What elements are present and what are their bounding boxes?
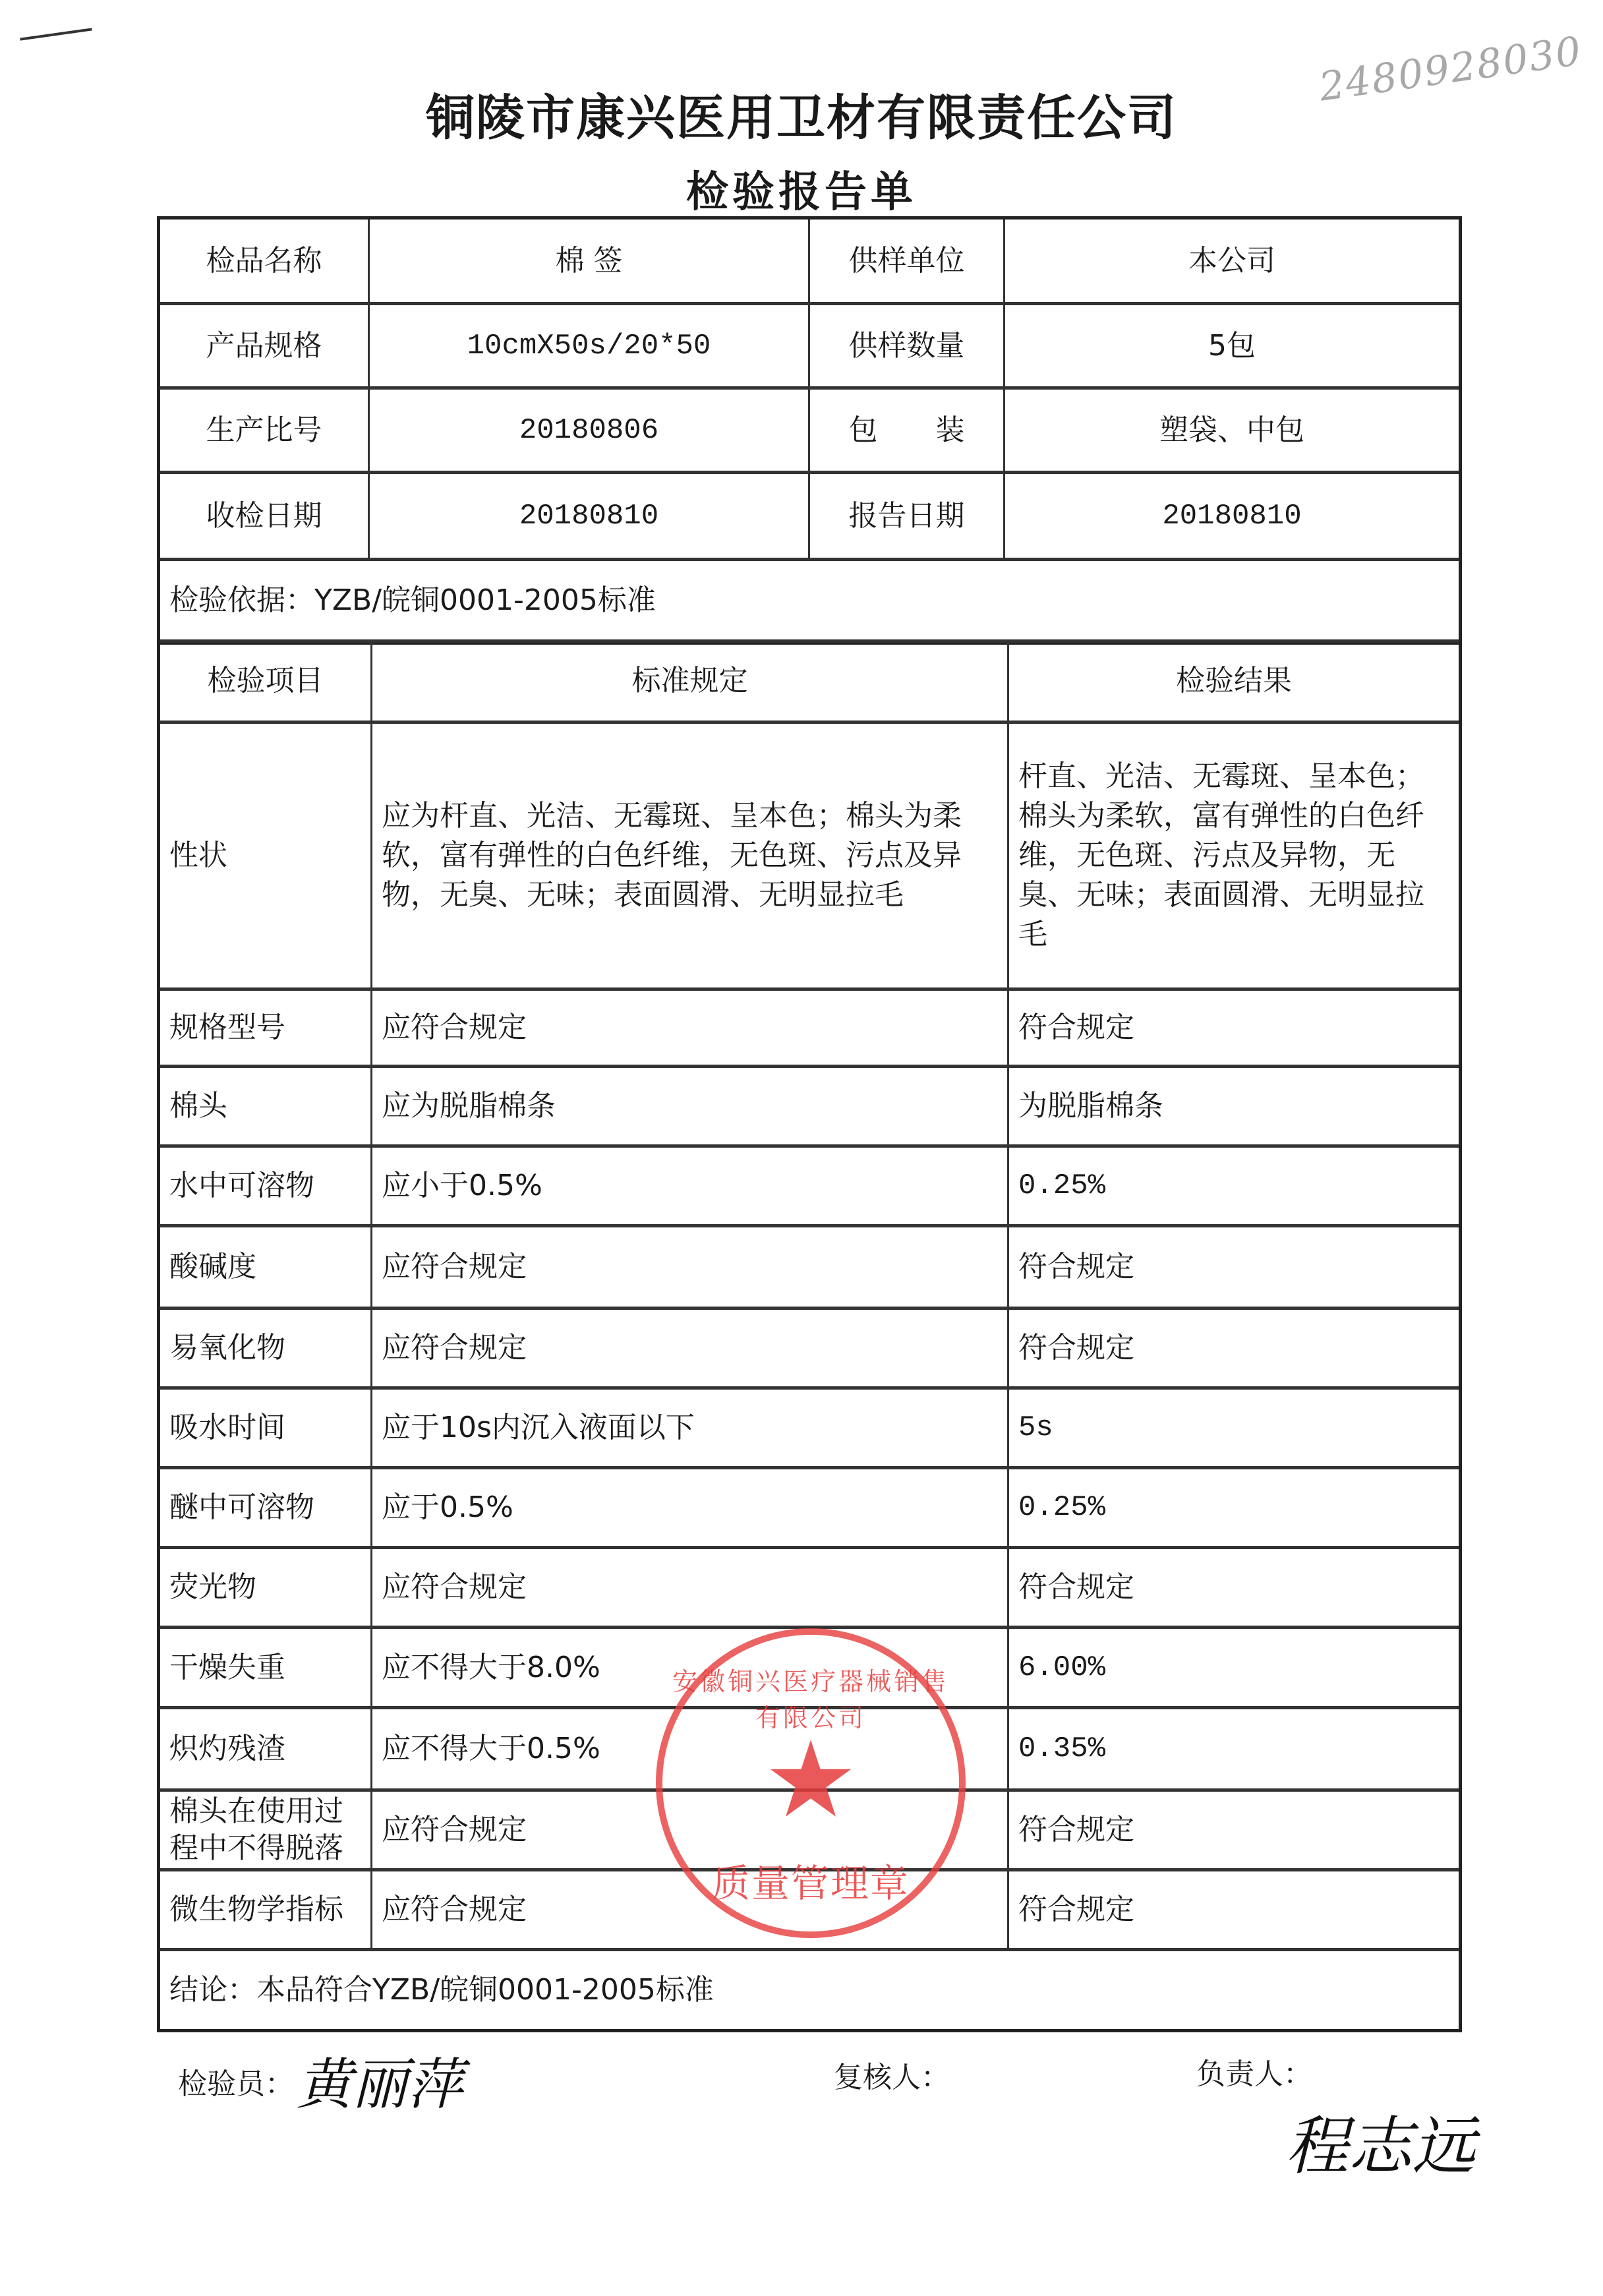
info-table: 检品名称 棉 签 供样单位 本公司 产品规格 10cmX50s/20*50 供样… <box>157 216 1462 645</box>
document-title: 检验报告单 <box>0 158 1603 219</box>
item-name: 荧光物 <box>160 1549 372 1629</box>
inspector-signature: 黄丽萍 <box>297 2040 463 2120</box>
item-standard: 应符合规定 <box>372 1227 1009 1310</box>
info-label: 检品名称 <box>160 220 370 305</box>
item-name: 水中可溶物 <box>160 1148 372 1227</box>
stamp-bottom-text: 质量管理章 <box>662 1852 959 1908</box>
info-value: 10cmX50s/20*50 <box>370 305 810 390</box>
info-value: 塑袋、中包 <box>1005 390 1459 474</box>
info-label: 供样数量 <box>810 305 1005 390</box>
reviewer-label: 复核人： <box>834 2053 950 2096</box>
responsible-label: 负责人： <box>1196 2050 1312 2092</box>
corner-mark <box>20 28 92 40</box>
item-name: 规格型号 <box>160 991 372 1068</box>
company-title: 铜陵市康兴医用卫材有限责任公司 <box>0 79 1603 149</box>
responsible-signature: 程志远 <box>1285 2096 1475 2187</box>
item-result: 0.35% <box>1009 1709 1459 1792</box>
item-standard: 应为杆直、光洁、无霉斑、呈本色；棉头为柔软，富有弹性的白色纤维，无色斑、污点及异… <box>372 724 1009 991</box>
item-result: 6.00% <box>1009 1629 1459 1709</box>
item-result: 符合规定 <box>1009 1549 1459 1629</box>
item-name: 吸水时间 <box>160 1390 372 1469</box>
info-value: 本公司 <box>1005 220 1459 305</box>
item-standard: 应符合规定 <box>372 991 1009 1068</box>
info-value: 棉 签 <box>370 220 810 305</box>
info-label: 包 装 <box>810 390 1005 474</box>
item-name: 易氧化物 <box>160 1310 372 1390</box>
star-icon: ★ <box>662 1727 959 1833</box>
item-result: 符合规定 <box>1009 1227 1459 1310</box>
item-standard: 应为脱脂棉条 <box>372 1068 1009 1148</box>
info-value: 5包 <box>1005 305 1459 390</box>
item-name: 酸碱度 <box>160 1227 372 1310</box>
item-result: 0.25% <box>1009 1469 1459 1549</box>
item-result: 为脱脂棉条 <box>1009 1068 1459 1148</box>
item-standard: 应符合规定 <box>372 1310 1009 1390</box>
info-value: 20180806 <box>370 390 810 474</box>
info-value: 20180810 <box>1005 474 1459 561</box>
info-label: 收检日期 <box>160 474 370 561</box>
item-standard: 应于10s内沉入液面以下 <box>372 1390 1009 1469</box>
column-header: 检验项目 <box>160 641 372 724</box>
item-standard: 应小于0.5% <box>372 1148 1009 1227</box>
inspection-basis: 检验依据：YZB/皖铜0001-2005标准 <box>160 561 1459 643</box>
column-header: 检验结果 <box>1009 641 1459 724</box>
info-label: 报告日期 <box>810 474 1005 561</box>
item-name: 微生物学指标 <box>160 1871 372 1951</box>
item-name: 棉头 <box>160 1068 372 1148</box>
item-name: 醚中可溶物 <box>160 1469 372 1549</box>
item-result: 符合规定 <box>1009 1792 1459 1871</box>
item-result: 符合规定 <box>1009 1871 1459 1951</box>
item-name: 性状 <box>160 724 372 991</box>
inspector-label: 检验员： <box>178 2060 294 2102</box>
item-standard: 应符合规定 <box>372 1549 1009 1629</box>
item-name: 棉头在使用过程中不得脱落 <box>160 1792 372 1871</box>
info-label: 生产比号 <box>160 390 370 474</box>
item-result: 5s <box>1009 1390 1459 1469</box>
item-name: 炽灼残渣 <box>160 1709 372 1792</box>
info-label: 供样单位 <box>810 220 1005 305</box>
conclusion: 结论：本品符合YZB/皖铜0001-2005标准 <box>160 1951 1459 2029</box>
item-result: 杆直、光洁、无霉斑、呈本色；棉头为柔软，富有弹性的白色纤维，无色斑、污点及异物，… <box>1009 724 1459 991</box>
item-result: 符合规定 <box>1009 1310 1459 1390</box>
info-label: 产品规格 <box>160 305 370 390</box>
item-result: 0.25% <box>1009 1148 1459 1227</box>
item-standard: 应于0.5% <box>372 1469 1009 1549</box>
column-header: 标准规定 <box>372 641 1009 724</box>
item-name: 干燥失重 <box>160 1629 372 1709</box>
item-result: 符合规定 <box>1009 991 1459 1068</box>
quality-stamp: 安徽铜兴医疗器械销售有限公司 ★ 质量管理章 <box>656 1628 966 1938</box>
info-value: 20180810 <box>370 474 810 561</box>
